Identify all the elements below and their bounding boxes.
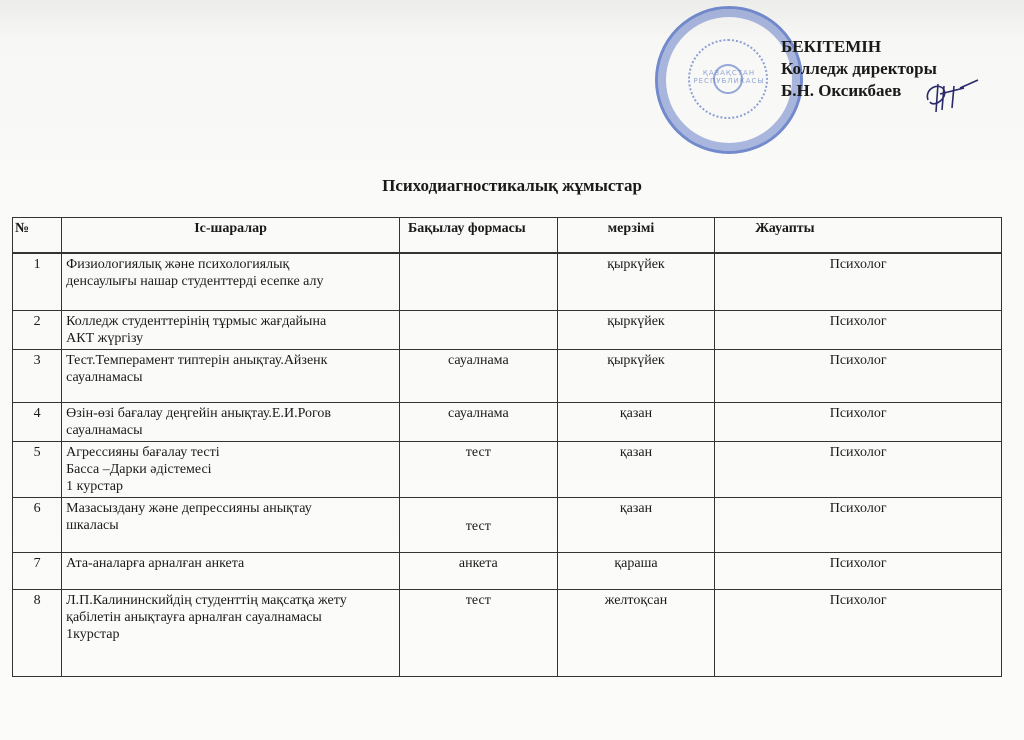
row-activity: Агрессияны бағалау тесті Басса –Дарки әд… xyxy=(62,442,400,498)
table-row: 7 Ата-аналарға арналған анкета анкета қа… xyxy=(13,553,1002,590)
row-responsible: Психолог xyxy=(715,350,1002,403)
table-row: 6 Мазасыздану және депрессияны анықтау ш… xyxy=(13,498,1002,553)
row-activity: Тест.Темперамент типтерін анықтау.Айзенк… xyxy=(62,350,400,403)
row-activity: Колледж студенттерінің тұрмыс жағдайына … xyxy=(62,311,400,350)
row-number: 7 xyxy=(13,553,62,590)
table-row: 1 Физиологиялық және психологиялық денса… xyxy=(13,253,1002,311)
row-control-form: тест xyxy=(399,498,557,553)
row-control-form: анкета xyxy=(399,553,557,590)
row-control-form xyxy=(399,253,557,311)
row-number: 2 xyxy=(13,311,62,350)
table-row: 5 Агрессияны бағалау тесті Басса –Дарки … xyxy=(13,442,1002,498)
row-deadline: қыркүйек xyxy=(557,311,715,350)
row-deadline: қыркүйек xyxy=(557,350,715,403)
header-responsible: Жауапты xyxy=(715,218,1002,254)
row-deadline: қыркүйек xyxy=(557,253,715,311)
row-activity: Өзін-өзі бағалау деңгейін анықтау.Е.И.Ро… xyxy=(62,403,400,442)
row-control-form: сауалнама xyxy=(399,403,557,442)
row-responsible: Психолог xyxy=(715,498,1002,553)
activities-table: № Іс-шаралар Бақылау формасы мерзімі Жау… xyxy=(12,217,1002,677)
row-deadline: қазан xyxy=(557,498,715,553)
document-title: Психодиагностикалық жұмыстар xyxy=(0,176,1024,196)
approval-heading: БЕКІТЕМІН xyxy=(781,36,937,58)
row-deadline: қараша xyxy=(557,553,715,590)
row-number: 4 xyxy=(13,403,62,442)
table-row: 4 Өзін-өзі бағалау деңгейін анықтау.Е.И.… xyxy=(13,403,1002,442)
table-row: 3 Тест.Темперамент типтерін анықтау.Айзе… xyxy=(13,350,1002,403)
row-deadline: қазан xyxy=(557,403,715,442)
row-control-form: сауалнама xyxy=(399,350,557,403)
approval-name: Б.Н. Оксикбаев xyxy=(781,80,937,102)
row-activity: Мазасыздану және депрессияны анықтау шка… xyxy=(62,498,400,553)
row-responsible: Психолог xyxy=(715,311,1002,350)
signature-icon xyxy=(920,78,982,114)
approval-block: БЕКІТЕМІН Колледж директоры Б.Н. Оксикба… xyxy=(781,36,937,102)
row-responsible: Психолог xyxy=(715,403,1002,442)
table-row: 8 Л.П.Калининскийдің студенттің мақсатқа… xyxy=(13,590,1002,677)
header-number: № xyxy=(13,218,62,254)
table-row: 2 Колледж студенттерінің тұрмыс жағдайын… xyxy=(13,311,1002,350)
row-number: 5 xyxy=(13,442,62,498)
stamp-text: ҚАЗАҚСТАН РЕСПУБЛИКАСЫ xyxy=(666,69,792,85)
row-activity: Физиологиялық және психологиялық денсаул… xyxy=(62,253,400,311)
row-number: 3 xyxy=(13,350,62,403)
row-responsible: Психолог xyxy=(715,253,1002,311)
row-responsible: Психолог xyxy=(715,553,1002,590)
row-control-form: тест xyxy=(399,590,557,677)
row-activity: Ата-аналарға арналған анкета xyxy=(62,553,400,590)
header-control-form: Бақылау формасы xyxy=(399,218,557,254)
header-deadline: мерзімі xyxy=(557,218,715,254)
row-responsible: Психолог xyxy=(715,442,1002,498)
header-activity: Іс-шаралар xyxy=(62,218,400,254)
row-number: 6 xyxy=(13,498,62,553)
table-header-row: № Іс-шаралар Бақылау формасы мерзімі Жау… xyxy=(13,218,1002,254)
row-responsible: Психолог xyxy=(715,590,1002,677)
row-number: 1 xyxy=(13,253,62,311)
approval-position: Колледж директоры xyxy=(781,58,937,80)
row-control-form: тест xyxy=(399,442,557,498)
row-control-form xyxy=(399,311,557,350)
row-deadline: желтоқсан xyxy=(557,590,715,677)
row-activity: Л.П.Калининскийдің студенттің мақсатқа ж… xyxy=(62,590,400,677)
row-number: 8 xyxy=(13,590,62,677)
row-deadline: қазан xyxy=(557,442,715,498)
